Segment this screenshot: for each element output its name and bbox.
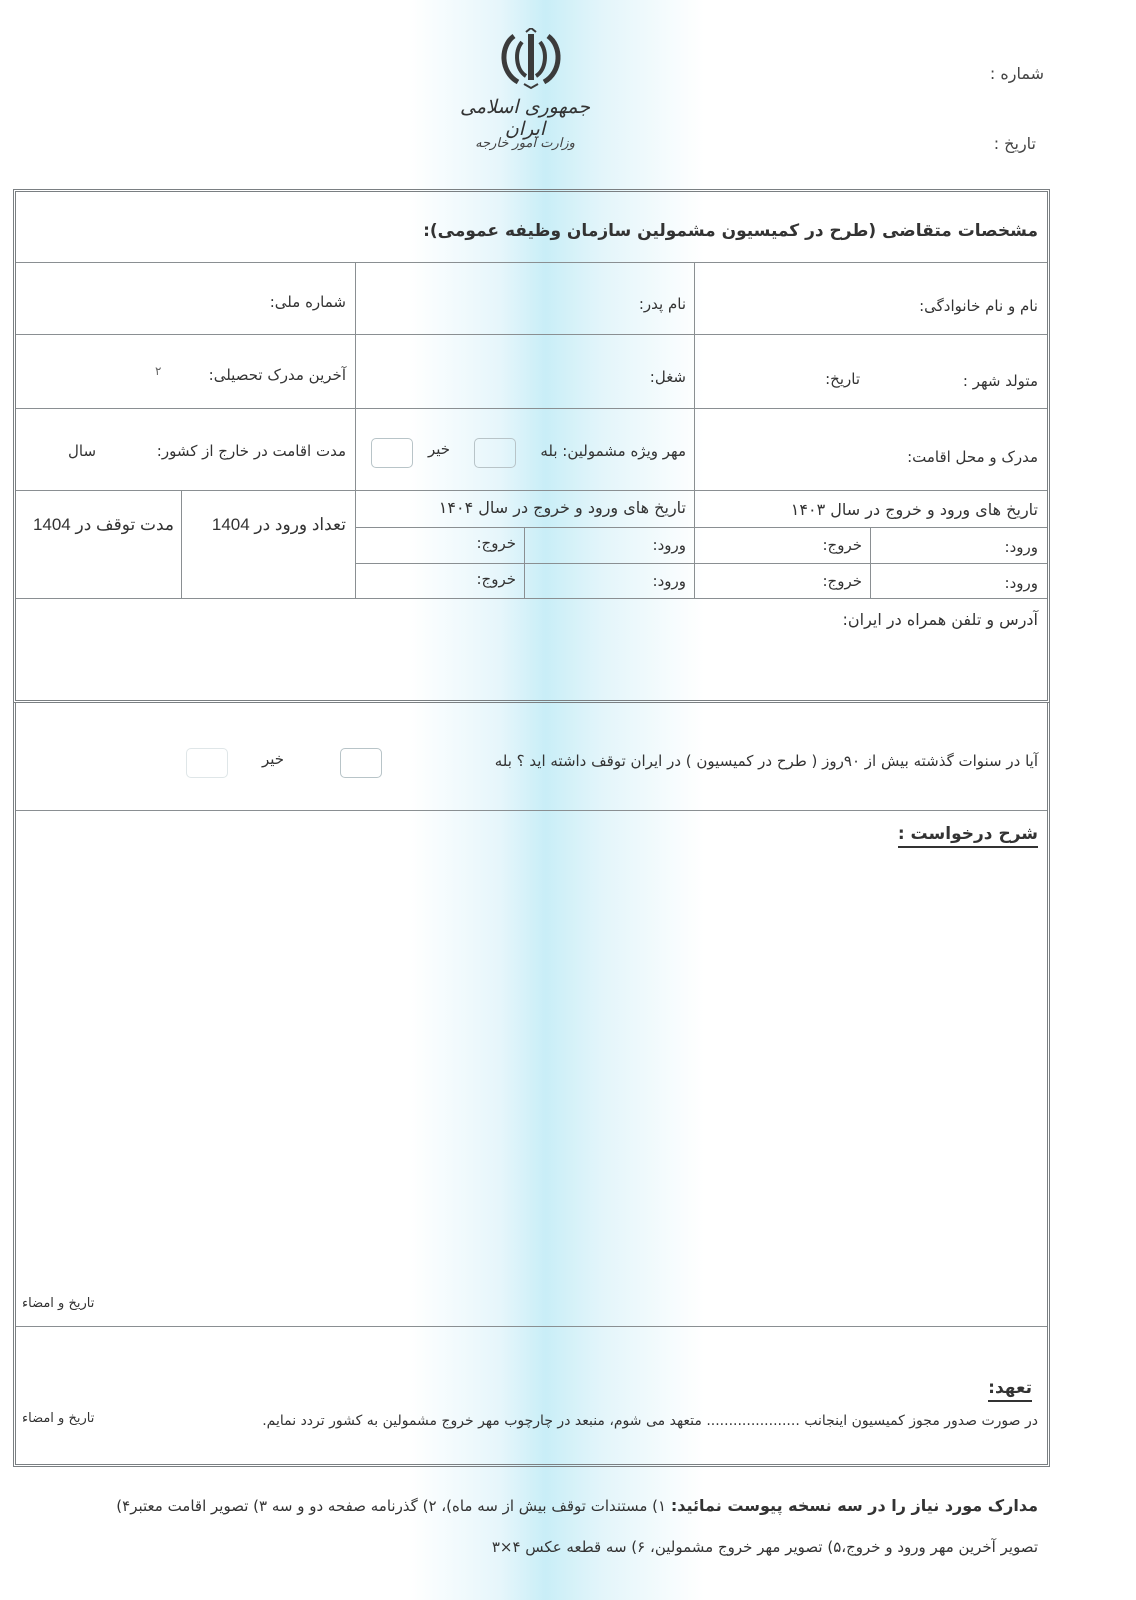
divider — [870, 527, 871, 598]
divider — [16, 490, 1047, 491]
stamp-no-label: خیر — [428, 440, 450, 458]
entries-count-field[interactable]: تعداد ورود در 1404 — [212, 515, 346, 535]
stay-question-label: آیا در سنوات گذشته بیش از ۹۰روز ( طرح در… — [495, 752, 1038, 770]
stamp-no-checkbox[interactable] — [371, 438, 413, 468]
entry-1403-field-2[interactable]: ورود: — [1005, 574, 1038, 592]
commitment-title: تعهد: — [988, 1378, 1032, 1398]
required-documents-line-2: تصویر آخرین مهر ورود و خروج،۵) تصویر مهر… — [492, 1538, 1038, 1556]
stay-no-checkbox[interactable] — [186, 748, 228, 778]
national-id-field[interactable]: شماره ملی: — [270, 293, 346, 311]
stay-yes-checkbox[interactable] — [340, 748, 382, 778]
divider — [16, 1326, 1047, 1327]
country-name: جمهوری اسلامی ایران — [440, 96, 610, 140]
occupation-field[interactable]: شغل: — [650, 368, 686, 386]
abroad-duration-unit: سال — [68, 442, 96, 460]
iran-emblem-icon — [496, 28, 566, 90]
exit-1403-field-2[interactable]: خروج: — [822, 572, 862, 590]
required-documents-lead: مدارک مورد نیاز را در سه نسخه پیوست نمائ… — [671, 1496, 1038, 1515]
abroad-duration-field[interactable]: مدت اقامت در خارج از کشور: — [157, 442, 346, 460]
entry-1404-field-1[interactable]: ورود: — [653, 536, 686, 554]
divider — [181, 490, 182, 598]
exit-1403-field-1[interactable]: خروج: — [822, 536, 862, 554]
divider — [355, 563, 1047, 564]
birth-city-field[interactable]: متولد شهر : — [963, 372, 1038, 390]
stamp-yes-label: مهر ویژه مشمولین: بله — [540, 442, 686, 460]
travel-1403-title: تاریخ های ورود و خروج در سال ۱۴۰۳ — [791, 500, 1038, 519]
required-documents-line-1: مدارک مورد نیاز را در سه نسخه پیوست نمائ… — [116, 1496, 1038, 1515]
divider — [16, 334, 1047, 335]
divider — [16, 262, 1047, 263]
request-description-area[interactable] — [20, 855, 1040, 1285]
divider — [16, 810, 1047, 811]
divider — [524, 527, 525, 598]
exit-1404-field-1[interactable]: خروج: — [476, 534, 516, 552]
address-phone-field[interactable]: آدرس و تلفن همراه در ایران: — [842, 610, 1038, 629]
divider — [355, 527, 1047, 528]
letter-date-label: تاریخ : — [994, 134, 1036, 153]
divider — [355, 262, 356, 598]
full-name-field[interactable]: نام و نام خانوادگی: — [919, 297, 1038, 315]
entry-1403-field-1[interactable]: ورود: — [1005, 538, 1038, 556]
ministry-name: وزارت امور خارجه — [460, 136, 590, 151]
commitment-text: در صورت صدور مجوز کمیسیون اینجانب ......… — [262, 1413, 1038, 1429]
request-description-title: شرح درخواست : — [898, 824, 1038, 844]
stamp-yes-checkbox[interactable] — [474, 438, 516, 468]
required-documents-items-1: ۱) مستندات توقف بیش از سه ماه)، ۲) گذرنا… — [116, 1497, 671, 1515]
father-name-field[interactable]: نام پدر: — [639, 295, 686, 313]
last-degree-value: ۲ — [155, 364, 161, 378]
divider — [16, 408, 1047, 409]
divider — [694, 262, 695, 598]
travel-1404-title: تاریخ های ورود و خروج در سال ۱۴۰۴ — [439, 498, 686, 517]
commitment-signature-label: تاریخ و امضاء — [22, 1411, 94, 1426]
request-signature-label: تاریخ و امضاء — [22, 1296, 94, 1311]
entry-1404-field-2[interactable]: ورود: — [653, 572, 686, 590]
applicant-section-title: مشخصات متقاضی (طرح در کمیسیون مشمولین سا… — [423, 221, 1038, 241]
letter-number-label: شماره : — [990, 64, 1044, 83]
last-degree-field[interactable]: آخرین مدرک تحصیلی: — [209, 366, 346, 384]
exit-1404-field-2[interactable]: خروج: — [476, 570, 516, 588]
divider — [16, 598, 1047, 599]
commitment-title-text: تعهد: — [988, 1378, 1032, 1402]
birth-date-field[interactable]: تاریخ: — [825, 370, 860, 388]
stay-duration-field[interactable]: مدت توقف در 1404 — [33, 515, 174, 535]
request-description-title-text: شرح درخواست : — [898, 824, 1038, 848]
stay-no-label: خیر — [262, 750, 284, 768]
residence-field[interactable]: مدرک و محل اقامت: — [907, 448, 1038, 466]
